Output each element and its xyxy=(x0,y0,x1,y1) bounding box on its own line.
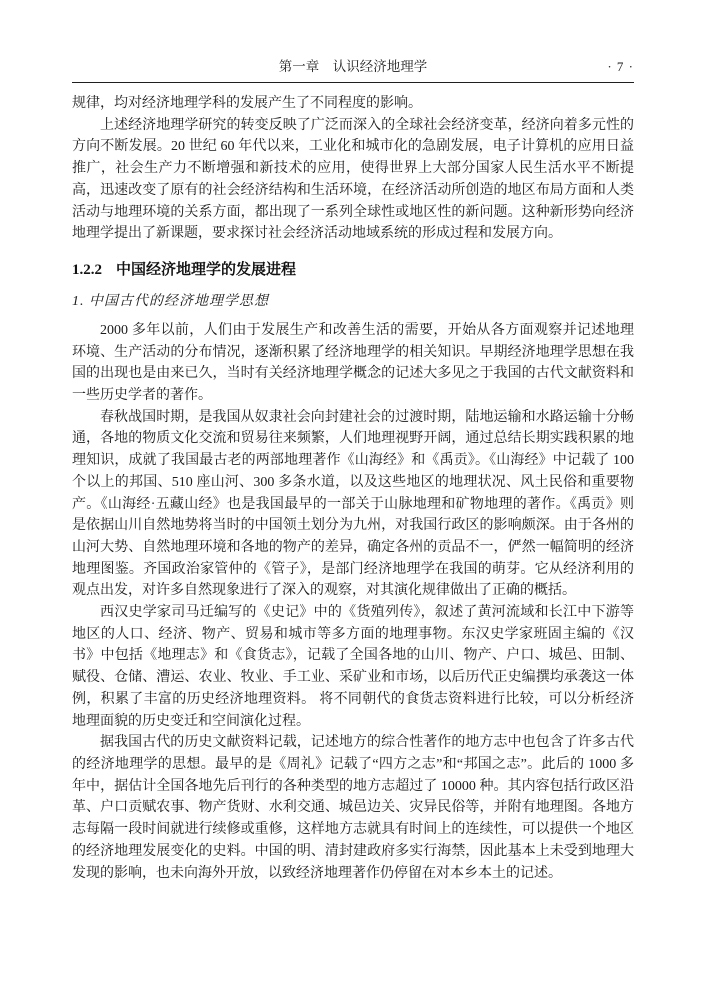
paragraph-continuation: 规律，均对经济地理学科的发展产生了不同程度的影响。 xyxy=(72,93,634,115)
paragraph: 西汉史学家司马迁编写的《史记》中的《货殖列传》，叙述了黄河流域和长江中下游等地区… xyxy=(72,602,634,732)
paragraph: 2000 多年以前，人们由于发展生产和改善生活的需要，开始从各方面观察并记述地理… xyxy=(72,320,634,407)
running-head-chapter-title: 第一章 认识经济地理学 xyxy=(72,57,634,77)
section-number: 1.2.2 xyxy=(72,262,102,278)
section-title: 中国经济地理学的发展进程 xyxy=(116,261,296,278)
paragraph: 春秋战国时期，是我国从奴隶社会向封建社会的过渡时期，陆地运输和水路运输十分畅通，… xyxy=(72,407,634,602)
header-rule xyxy=(72,82,634,83)
running-head: 第一章 认识经济地理学 · 7 · xyxy=(72,57,634,77)
page-content: 规律，均对经济地理学科的发展产生了不同程度的影响。 上述经济地理学研究的转变反映… xyxy=(72,93,634,884)
paragraph: 据我国古代的历史文献资料记载，记述地方的综合性著作的地方志中也包含了许多古代的经… xyxy=(72,732,634,884)
subsection-heading: 1. 中国古代的经济地理学思想 xyxy=(72,290,634,310)
document-page: 第一章 认识经济地理学 · 7 · 规律，均对经济地理学科的发展产生了不同程度的… xyxy=(0,0,706,982)
paragraph: 上述经济地理学研究的转变反映了广泛而深入的全球社会经济变革，经济向着多元性的方向… xyxy=(72,115,634,245)
page-number: · 7 · xyxy=(607,57,634,77)
section-heading: 1.2.2中国经济地理学的发展进程 xyxy=(72,258,634,279)
